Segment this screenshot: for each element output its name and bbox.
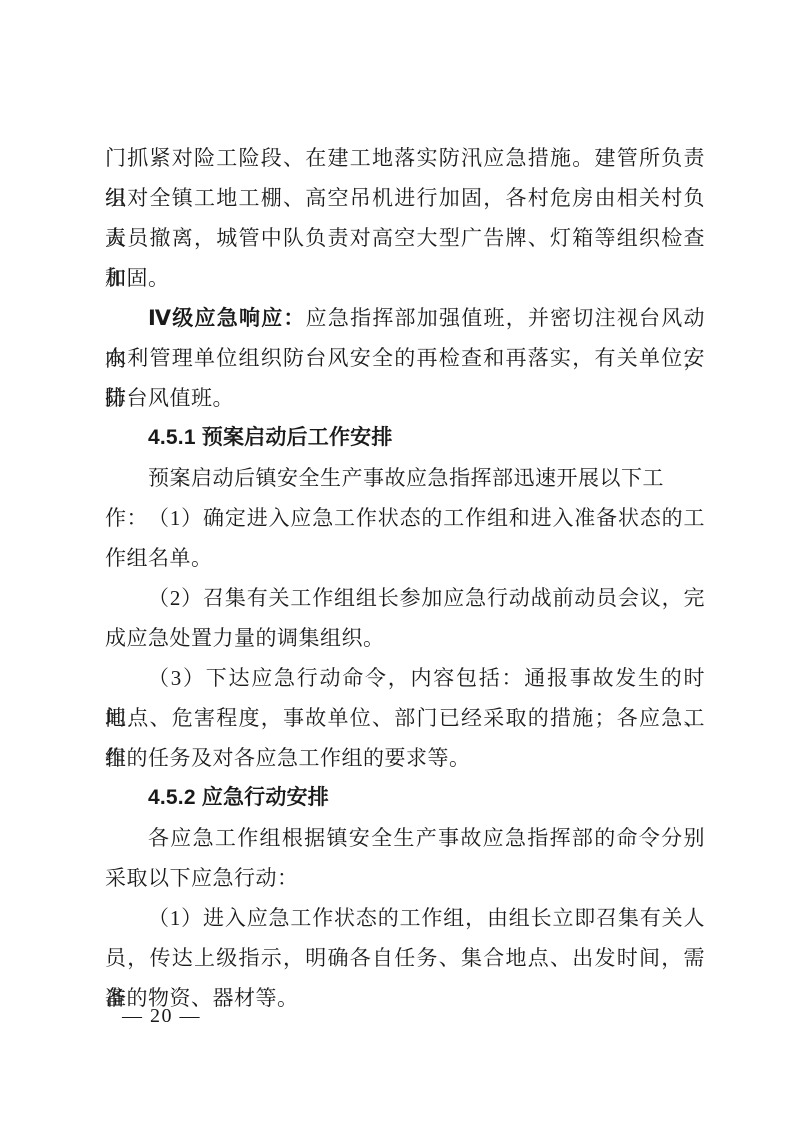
text-line: 地点、危害程度，事故单位、部门已经采取的措施；各应急工作 (105, 698, 705, 738)
text-line: 水利管理单位组织防台风安全的再检查和再落实，有关单位安排 (105, 338, 705, 378)
text-line: 采取以下应急行动： (105, 858, 705, 898)
text-line: 组的任务及对各应急工作组的要求等。 (105, 738, 705, 778)
response-level-label: Ⅳ级应急响应： (148, 307, 306, 330)
text-line: 人员撤离，城管中队负责对高空大型广告牌、灯箱等组织检查和 (105, 218, 705, 258)
section-heading-4-5-2: 4.5.2 应急行动安排 (105, 778, 705, 818)
document-body: 门抓紧对险工险段、在建工地落实防汛应急措施。建管所负责组 织对全镇工地工棚、高空… (105, 138, 705, 1018)
text-line: 作组名单。 (105, 538, 705, 578)
text-line: 成应急处置力量的调集组织。 (105, 618, 705, 658)
text-line: （3）下达应急行动命令，内容包括：通报事故发生的时间、 (105, 658, 705, 698)
page-number: — 20 — (122, 996, 201, 1036)
text-line: 预案启动后镇安全生产事故应急指挥部迅速开展以下工作： (105, 458, 705, 498)
text-line: 门抓紧对险工险段、在建工地落实防汛应急措施。建管所负责组 (105, 138, 705, 178)
document-page: 门抓紧对险工险段、在建工地落实防汛应急措施。建管所负责组 织对全镇工地工棚、高空… (0, 0, 793, 1122)
text-line: 防台风值班。 (105, 378, 705, 418)
text-line: （1）确定进入应急工作状态的工作组和进入准备状态的工 (105, 498, 705, 538)
text-line: 员，传达上级指示，明确各自任务、集合地点、出发时间，需准 (105, 938, 705, 978)
text-line: 各应急工作组根据镇安全生产事故应急指挥部的命令分别 (105, 818, 705, 858)
text-line: 加固。 (105, 258, 705, 298)
section-heading-4-5-1: 4.5.1 预案启动后工作安排 (105, 418, 705, 458)
text-line: （1）进入应急工作状态的工作组，由组长立即召集有关人 (105, 898, 705, 938)
text-line: 织对全镇工地工棚、高空吊机进行加固，各村危房由相关村负责 (105, 178, 705, 218)
text-line: Ⅳ级应急响应：应急指挥部加强值班，并密切注视台风动向， (105, 298, 705, 338)
text-line: （2）召集有关工作组组长参加应急行动战前动员会议，完 (105, 578, 705, 618)
